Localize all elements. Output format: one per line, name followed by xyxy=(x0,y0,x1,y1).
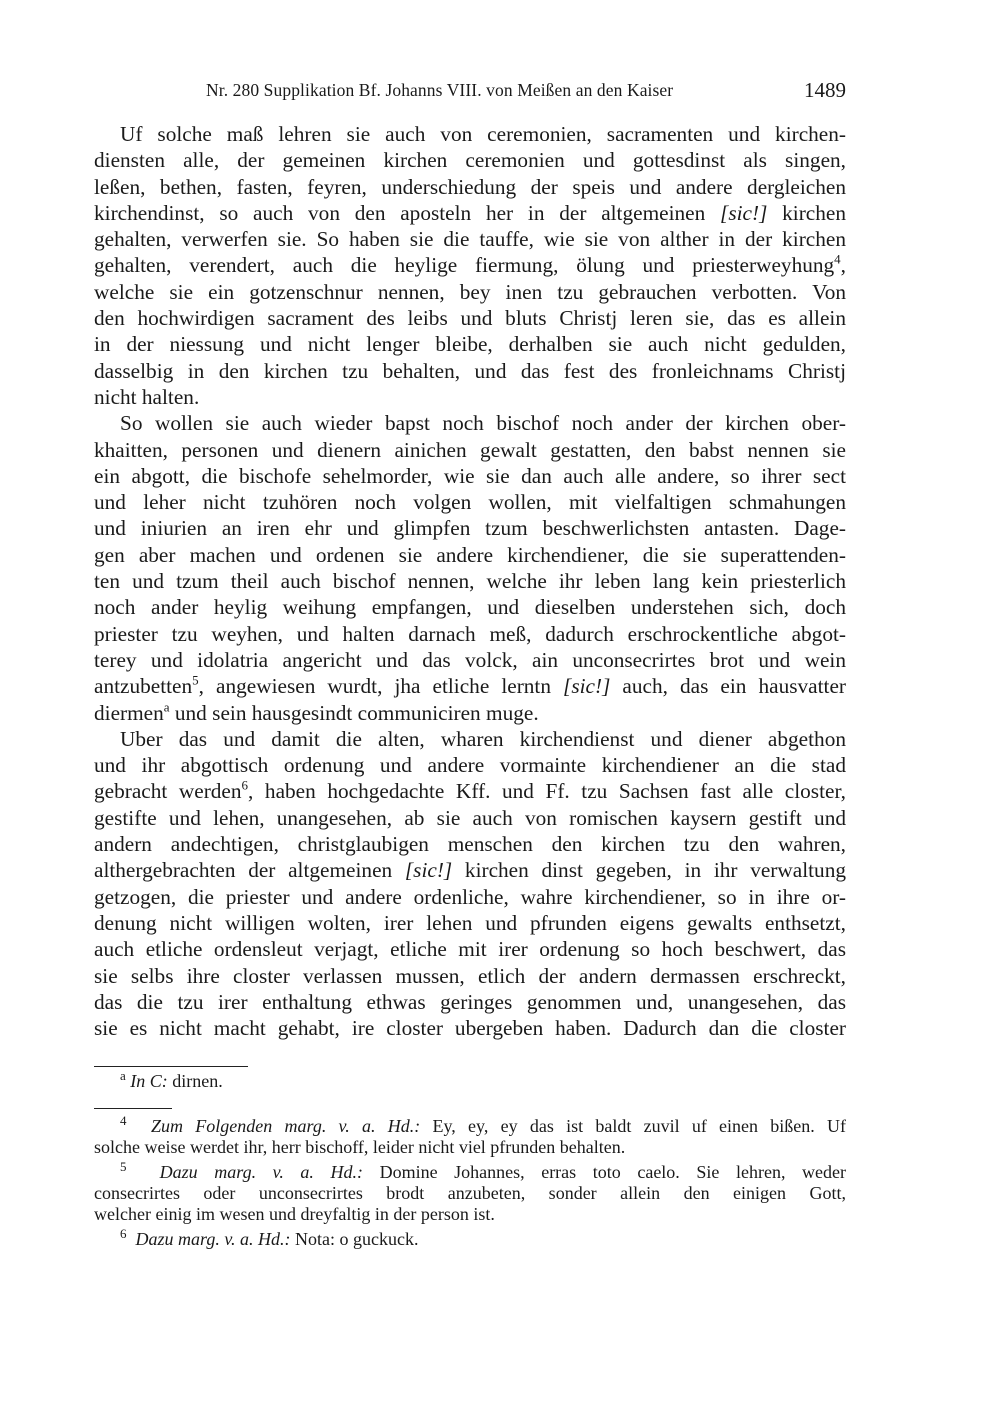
text-line: sie selbs ihre closter verlassen mussen,… xyxy=(94,963,846,989)
text-line: So wollen sie auch wieder bapst noch bis… xyxy=(94,410,846,436)
text-line: andern andechtigen, christglaubigen mens… xyxy=(94,831,846,857)
text-line: Uf solche maß lehren sie auch von ceremo… xyxy=(94,121,846,147)
footnote-5: 5 Dazu marg. v. a. Hd.: Domine Johannes,… xyxy=(94,1162,846,1183)
text-line: getzogen, die priester und andere ordenl… xyxy=(94,884,846,910)
text-line: gebracht werden6, haben hochgedachte Kff… xyxy=(94,778,846,804)
text-line: Uber das und damit die alten, wharen kir… xyxy=(94,726,846,752)
text-line: welche sie ein gotzenschnur nennen, bey … xyxy=(94,279,846,305)
footnote-5-cont: consecrirtes oder unconsecrirtes brodt a… xyxy=(94,1183,846,1204)
text-line: in der niessung und nicht lenger bleibe,… xyxy=(94,331,846,357)
page-number: 1489 xyxy=(804,78,846,103)
text-line: terey und idolatria angericht und das vo… xyxy=(94,647,846,673)
text-line: sie es nicht macht gehabt, ire closter u… xyxy=(94,1015,846,1041)
text-line: gen aber machen und ordenen sie andere k… xyxy=(94,542,846,568)
sic-annotation: [sic!] xyxy=(405,858,452,882)
text-line: nicht halten. xyxy=(94,384,846,410)
text-line: ein abgott, die bischofe sehelmorder, wi… xyxy=(94,463,846,489)
footnotes-rule xyxy=(94,1108,172,1109)
text-line: und leher nicht tzuhören noch volgen wol… xyxy=(94,489,846,515)
text-line: gehalten, verwerfen sie. So haben sie di… xyxy=(94,226,846,252)
text-line: denung nicht willigen wolten, irer lehen… xyxy=(94,910,846,936)
text-line: und iniurien an iren ehr und glimpfen tz… xyxy=(94,515,846,541)
text-line: diermena und sein hausgesindt communicir… xyxy=(94,700,846,726)
text-line: den hochwirdigen sacrament des leibs und… xyxy=(94,305,846,331)
running-title: Nr. 280 Supplikation Bf. Johanns VIII. v… xyxy=(206,80,673,101)
page-header: Nr. 280 Supplikation Bf. Johanns VIII. v… xyxy=(94,80,846,106)
text-line: leßen, bethen, fasten, feyren, underschi… xyxy=(94,174,846,200)
footnote-4-cont: solche weise werdet ihr, herr bischoff, … xyxy=(94,1137,846,1158)
text-line: priester tzu weyhen, und halten darnach … xyxy=(94,621,846,647)
text-line: ten und tzum theil auch bischof nennen, … xyxy=(94,568,846,594)
text-line: noch ander heylig weihung empfangen, und… xyxy=(94,594,846,620)
text-line: kirchendinst, so auch von den aposteln h… xyxy=(94,200,846,226)
text-line: gehalten, verendert, auch die heylige fi… xyxy=(94,252,846,278)
footnote-5-cont: welcher einig im wesen und dreyfaltig in… xyxy=(94,1204,846,1225)
text-line: antzubetten5, angewiesen wurdt, jha etli… xyxy=(94,673,846,699)
text-line: althergebrachten der altgemeinen [sic!] … xyxy=(94,857,846,883)
textual-notes: a In C: dirnen. xyxy=(94,1071,846,1092)
text-line: das die tzu irer enthaltung ethwas gerin… xyxy=(94,989,846,1015)
text-line: diensten alle, der gemeinen kirchen cere… xyxy=(94,147,846,173)
textual-notes-rule xyxy=(94,1066,248,1067)
textual-note-a: a In C: dirnen. xyxy=(94,1071,846,1092)
text-line: dasselbig in den kirchen tzu behalten, u… xyxy=(94,358,846,384)
text-line: auch etliche ordensleut verjagt, etliche… xyxy=(94,936,846,962)
text-line: und ihr abgottisch ordenung und andere v… xyxy=(94,752,846,778)
footnote-6: 6 Dazu marg. v. a. Hd.: Nota: o guckuck. xyxy=(94,1229,846,1250)
main-text: Uf solche maß lehren sie auch von ceremo… xyxy=(94,121,846,1041)
text-line: gestifte und lehen, unangesehen, ab sie … xyxy=(94,805,846,831)
footnote-4: 4 Zum Folgenden marg. v. a. Hd.: Ey, ey,… xyxy=(94,1116,846,1137)
sic-annotation: [sic!] xyxy=(563,674,610,698)
footnotes: 4 Zum Folgenden marg. v. a. Hd.: Ey, ey,… xyxy=(94,1116,846,1250)
sic-annotation: [sic!] xyxy=(720,201,767,225)
text-line: khaitten, personen und dienern ainichen … xyxy=(94,437,846,463)
